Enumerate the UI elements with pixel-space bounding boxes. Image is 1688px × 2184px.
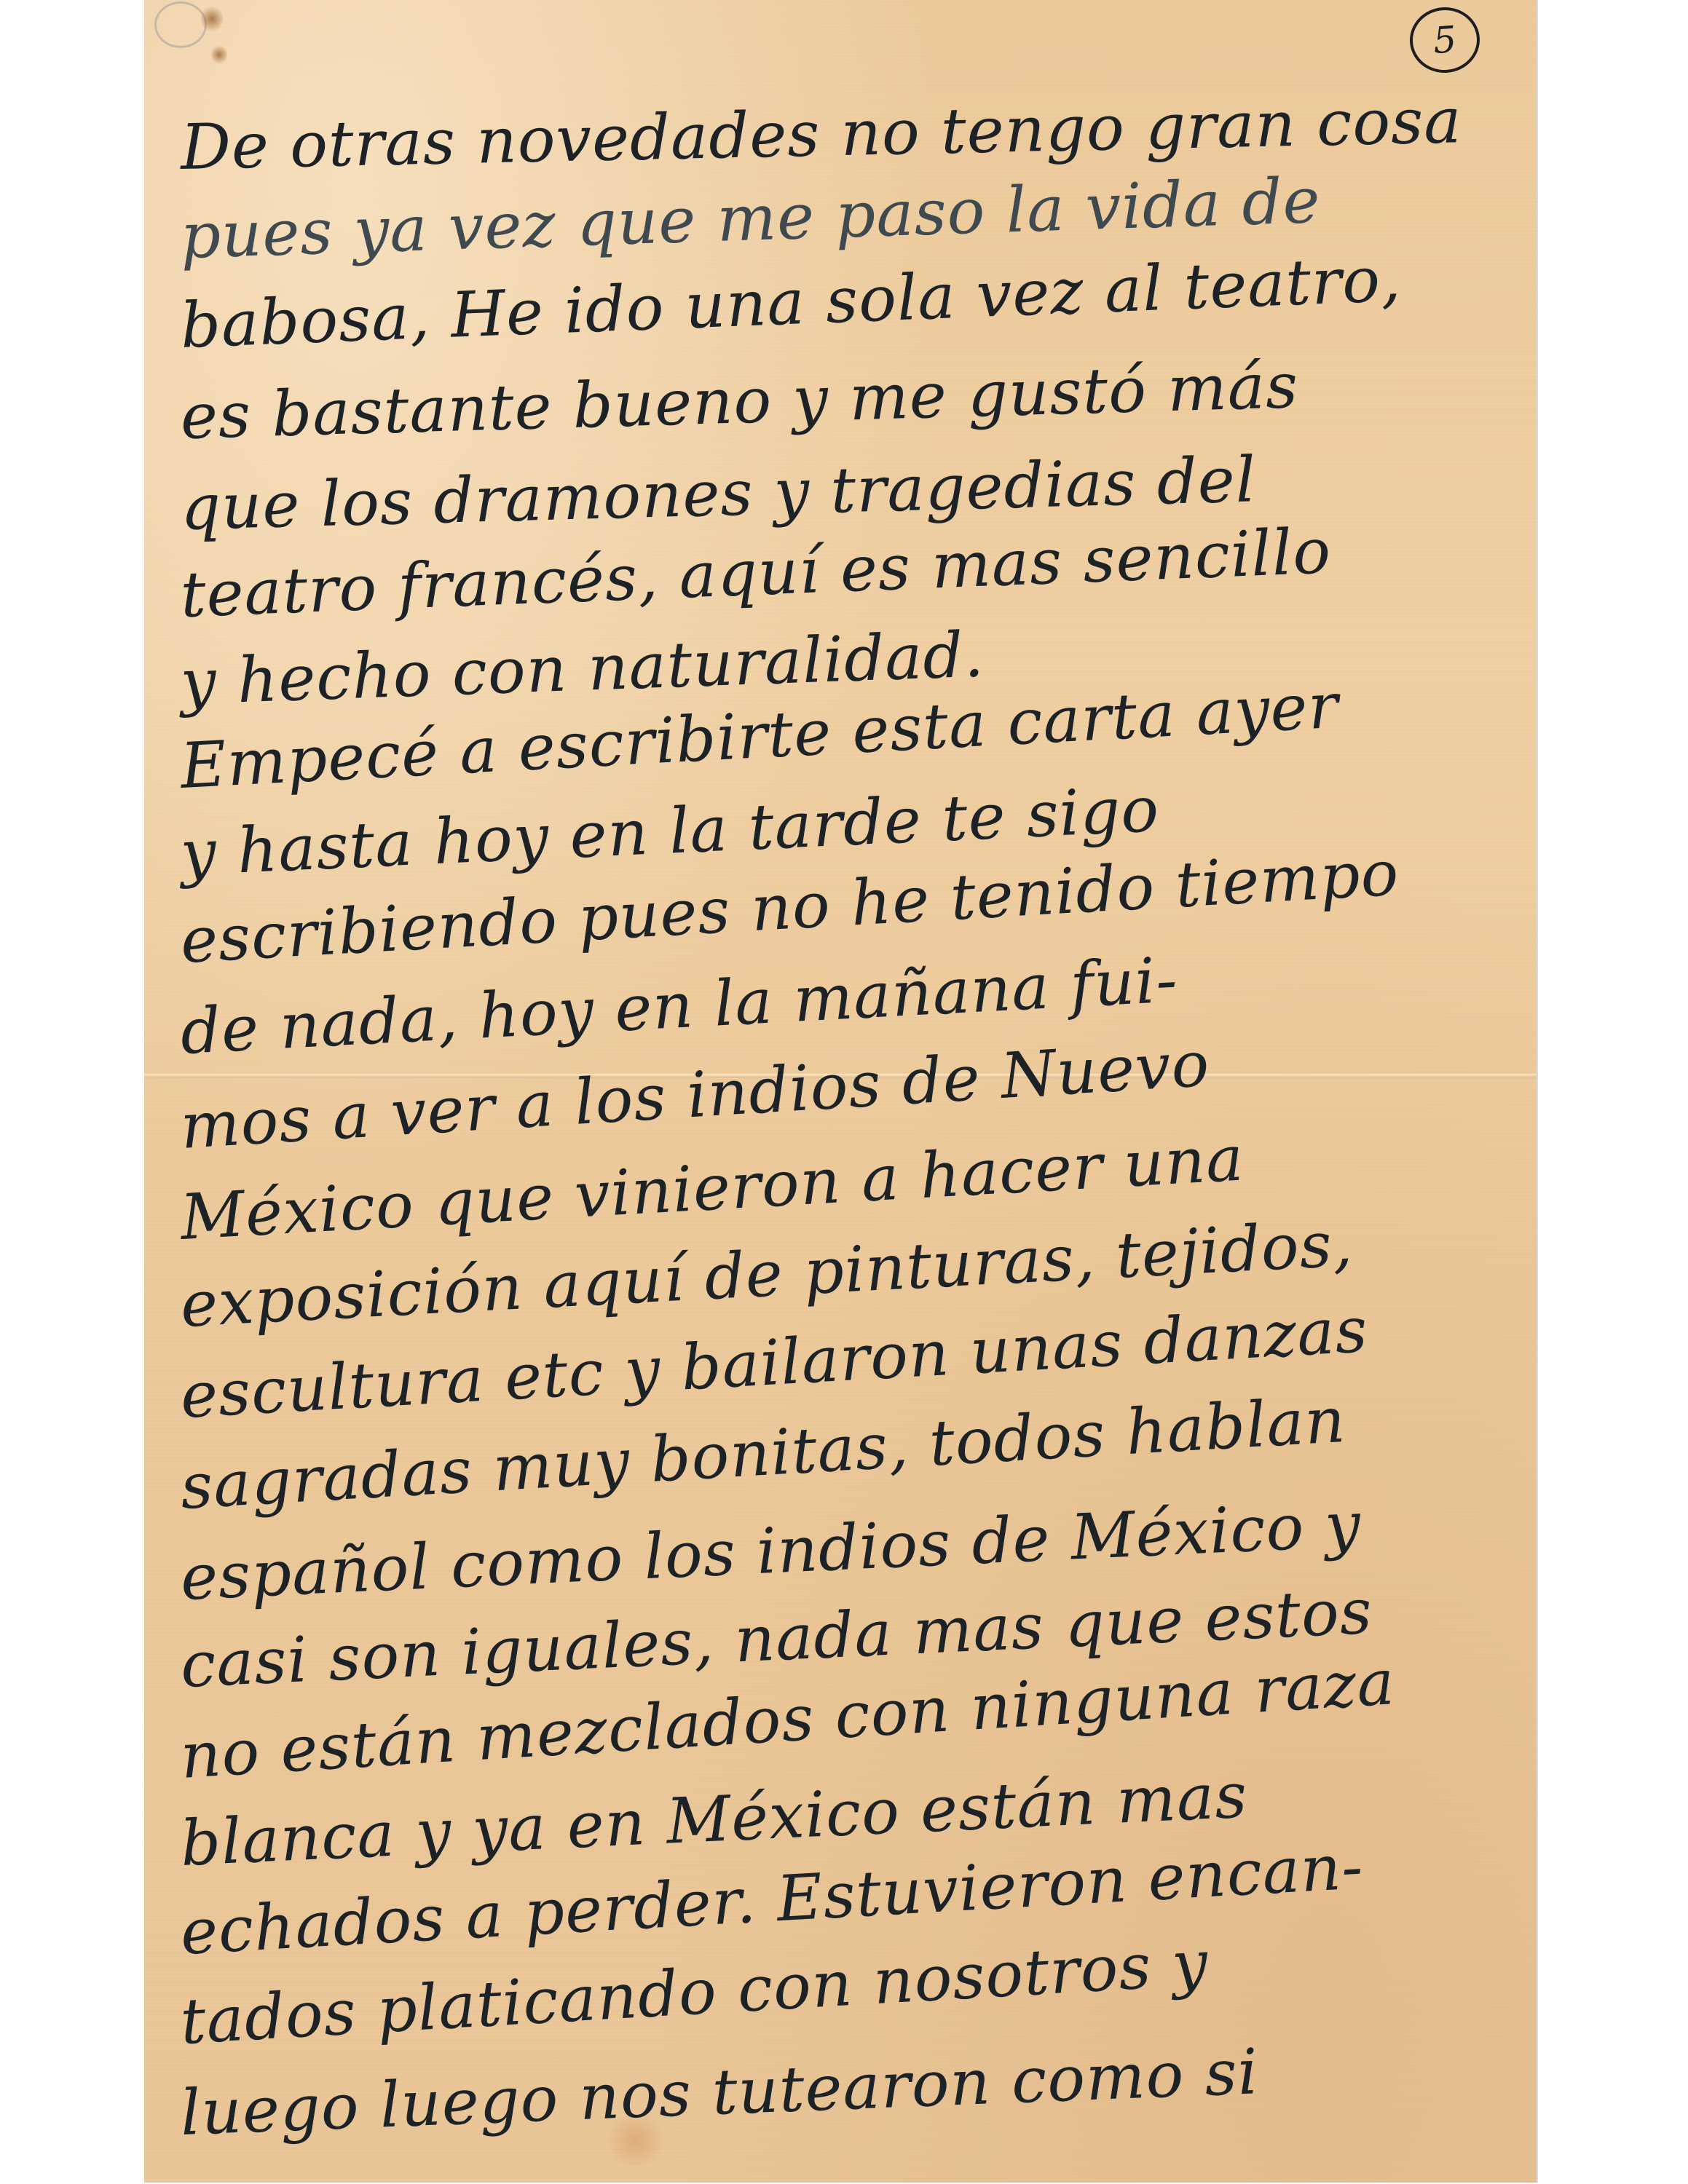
letter-page: ​ 5 De otras novedades no tengo gran cos… <box>144 0 1537 2183</box>
letter-body: De otras novedades no tengo gran cosa pu… <box>144 0 1537 2183</box>
letter-line: es bastante bueno y me gustó más <box>180 355 1299 448</box>
letter-line: luego luego nos tutearon como si <box>179 2041 1259 2145</box>
